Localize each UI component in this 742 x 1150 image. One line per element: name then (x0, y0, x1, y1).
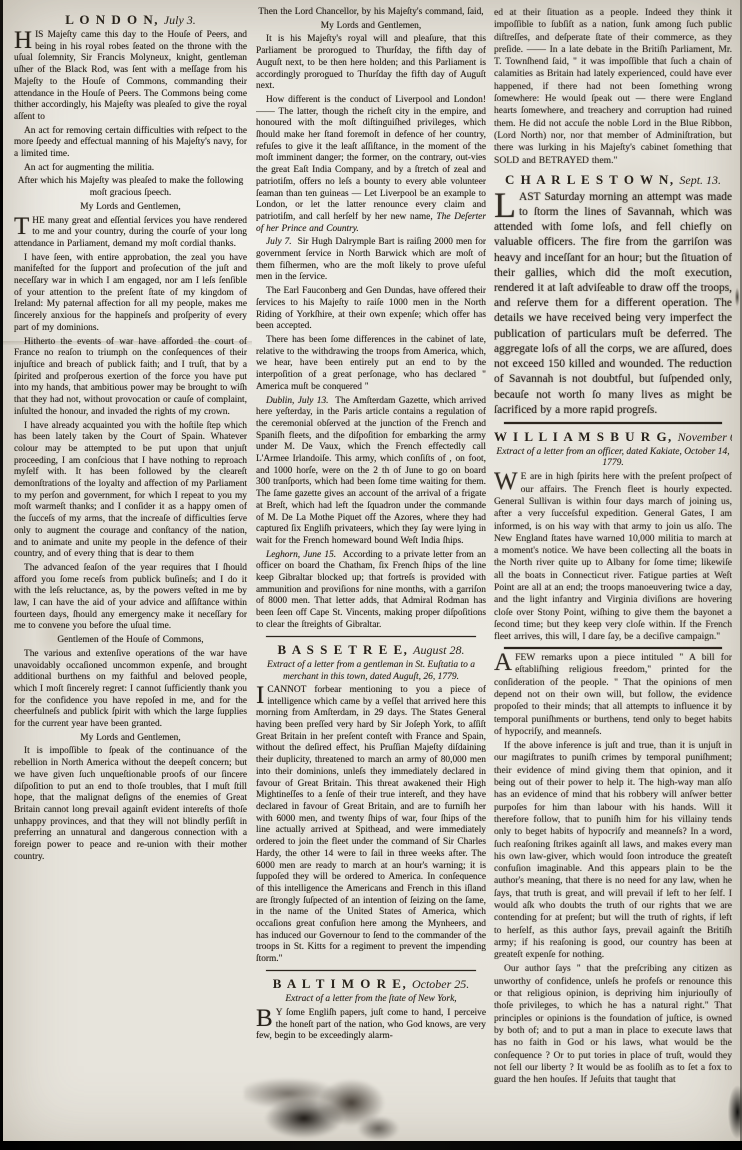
drop-cap: W (494, 471, 521, 492)
paragraph: Then the Lord Chancellor, by his Majeſty… (256, 7, 486, 19)
letter-subhead: Extract of a letter from an officer, dat… (494, 447, 732, 470)
section-name: B A L T I M O R E, (273, 976, 408, 991)
paragraph: The Earl Fauconberg and Gen Dundas, have… (256, 286, 486, 333)
ink-blot (712, 1068, 742, 1148)
scan-edge-bottom (0, 1141, 742, 1150)
paragraph: The various and extenſive operations of … (14, 649, 247, 731)
paragraph-text: Y ſome Engliſh papers, juſt come to hand… (256, 1008, 486, 1041)
paragraph: LAST Saturday morning an attempt was mad… (494, 190, 732, 418)
dateline: Leghorn, June 15. (266, 550, 336, 560)
paragraph-text: HE many great and eſſential ſervices you… (14, 216, 247, 249)
section-date: November 6. (678, 430, 732, 444)
dateline: July 7. (266, 237, 292, 247)
paragraph: July 7. Sir Hugh Dalrymple Bart is raiſi… (256, 237, 486, 284)
salutation: My Lords and Gentlemen, (14, 733, 247, 745)
section-name: W I L L I A M S B U R G, (494, 429, 673, 444)
drop-cap: A (494, 652, 515, 673)
drop-cap: L (494, 190, 519, 220)
paragraph-text: How different is the conduct of Liverpoo… (256, 95, 486, 222)
section-date: August 28. (413, 643, 464, 657)
salutation: Gentlemen of the Houſe of Commons, (14, 635, 247, 647)
section-name: L O N D O N, (65, 12, 159, 27)
newspaper-page: L O N D O N, July 3. HIS Majeſty came th… (0, 0, 742, 1150)
column-1: L O N D O N, July 3. HIS Majeſty came th… (14, 7, 247, 1139)
paragraph: I have already acquainted you with the h… (14, 421, 247, 561)
paragraph: AFEW remarks upon a piece intituled " A … (494, 652, 732, 738)
paragraph: ed at their ſituation as a people. Indee… (494, 7, 732, 167)
letter-subhead: Extract of a letter from a gentleman in … (256, 660, 486, 683)
scan-edge-left (0, 0, 3, 1150)
paragraph: After which his Majeſty was pleaſed to m… (14, 176, 247, 199)
letter-subhead: Extract of a letter from the ſtate of Ne… (256, 994, 486, 1005)
paragraph: An act for removing certain difficulties… (14, 126, 247, 161)
paragraph-text: CANNOT forbear mentioning to you a piece… (256, 685, 486, 964)
section-heading-london: L O N D O N, July 3. (14, 12, 247, 28)
section-heading-charlestown: C H A R L E S T O W N, Sept. 13. (494, 172, 732, 188)
paragraph: It is his Majeſty's royal will and pleaſ… (256, 34, 486, 93)
paragraph: There has been ſome differences in the c… (256, 335, 486, 394)
paragraph-text: IS Majeſty came this day to the Houſe of… (14, 30, 247, 122)
paragraph: I have ſeen, with entire approbation, th… (14, 253, 247, 335)
drop-cap: H (14, 30, 35, 51)
section-heading-basseterre: B A S S E T R E E, August 28. (256, 642, 486, 658)
paragraph: THE many great and eſſential ſervices yo… (14, 216, 247, 251)
paragraph: ICANNOT forbear mentioning to you a piec… (256, 685, 486, 966)
separator-rule (504, 422, 722, 424)
paragraph: How different is the conduct of Liverpoo… (256, 95, 486, 235)
ink-speck (733, 284, 740, 310)
section-name: B A S S E T R E E, (277, 642, 408, 657)
paragraph-text: FEW remarks upon a piece intituled " A b… (494, 652, 732, 737)
drop-cap: I (256, 685, 267, 706)
paragraph-text: E are in high ſpirits here with the preſ… (494, 471, 732, 642)
section-date: October 25. (412, 977, 469, 991)
paragraph: Our author ſays " that the preſcribing a… (494, 963, 732, 1086)
separator-rule (266, 636, 476, 638)
paragraph: HIS Majeſty came this day to the Houſe o… (14, 30, 247, 124)
paragraph: The advanced ſeaſon of the year requires… (14, 563, 247, 633)
column-2: Then the Lord Chancellor, by his Majeſty… (256, 7, 486, 1139)
paragraph: Dublin, July 13. The Amſterdam Gazette, … (256, 396, 486, 548)
paragraph-text: The Amſterdam Gazette, which arrived her… (256, 396, 486, 546)
section-date: Sept. 13. (679, 173, 721, 187)
column-3: ed at their ſituation as a people. Indee… (494, 7, 732, 1139)
separator-rule (266, 970, 476, 972)
paragraph: An act for augmenting the militia. (14, 163, 247, 175)
paragraph-text: AST Saturday morning an attempt was made… (494, 191, 732, 416)
ink-blot (244, 1070, 402, 1148)
paragraph: If the above inference is juſt and true,… (494, 740, 732, 961)
paragraph: Leghorn, June 15. According to a private… (256, 550, 486, 632)
paragraph: It is impoſſible to ſpeak of the continu… (14, 746, 247, 863)
section-name: C H A R L E S T O W N, (505, 172, 675, 187)
separator-rule (504, 647, 722, 649)
section-heading-williamsburg: W I L L I A M S B U R G, November 6. (494, 429, 732, 445)
salutation: My Lords and Gentlemen, (256, 21, 486, 33)
paragraph-text: According to a private letter from an of… (256, 550, 486, 630)
paragraph: WE are in high ſpirits here with the pre… (494, 471, 732, 643)
paragraph: Hitherto the events of war have afforded… (14, 337, 247, 419)
dateline: Dublin, July 13. (266, 396, 329, 406)
section-heading-baltimore: B A L T I M O R E, October 25. (256, 976, 486, 992)
salutation: My Lords and Gentlemen, (14, 202, 247, 214)
paragraph: BY ſome Engliſh papers, juſt come to han… (256, 1008, 486, 1043)
drop-cap: B (256, 1008, 276, 1029)
section-date: July 3. (164, 13, 196, 27)
drop-cap: T (14, 216, 32, 237)
